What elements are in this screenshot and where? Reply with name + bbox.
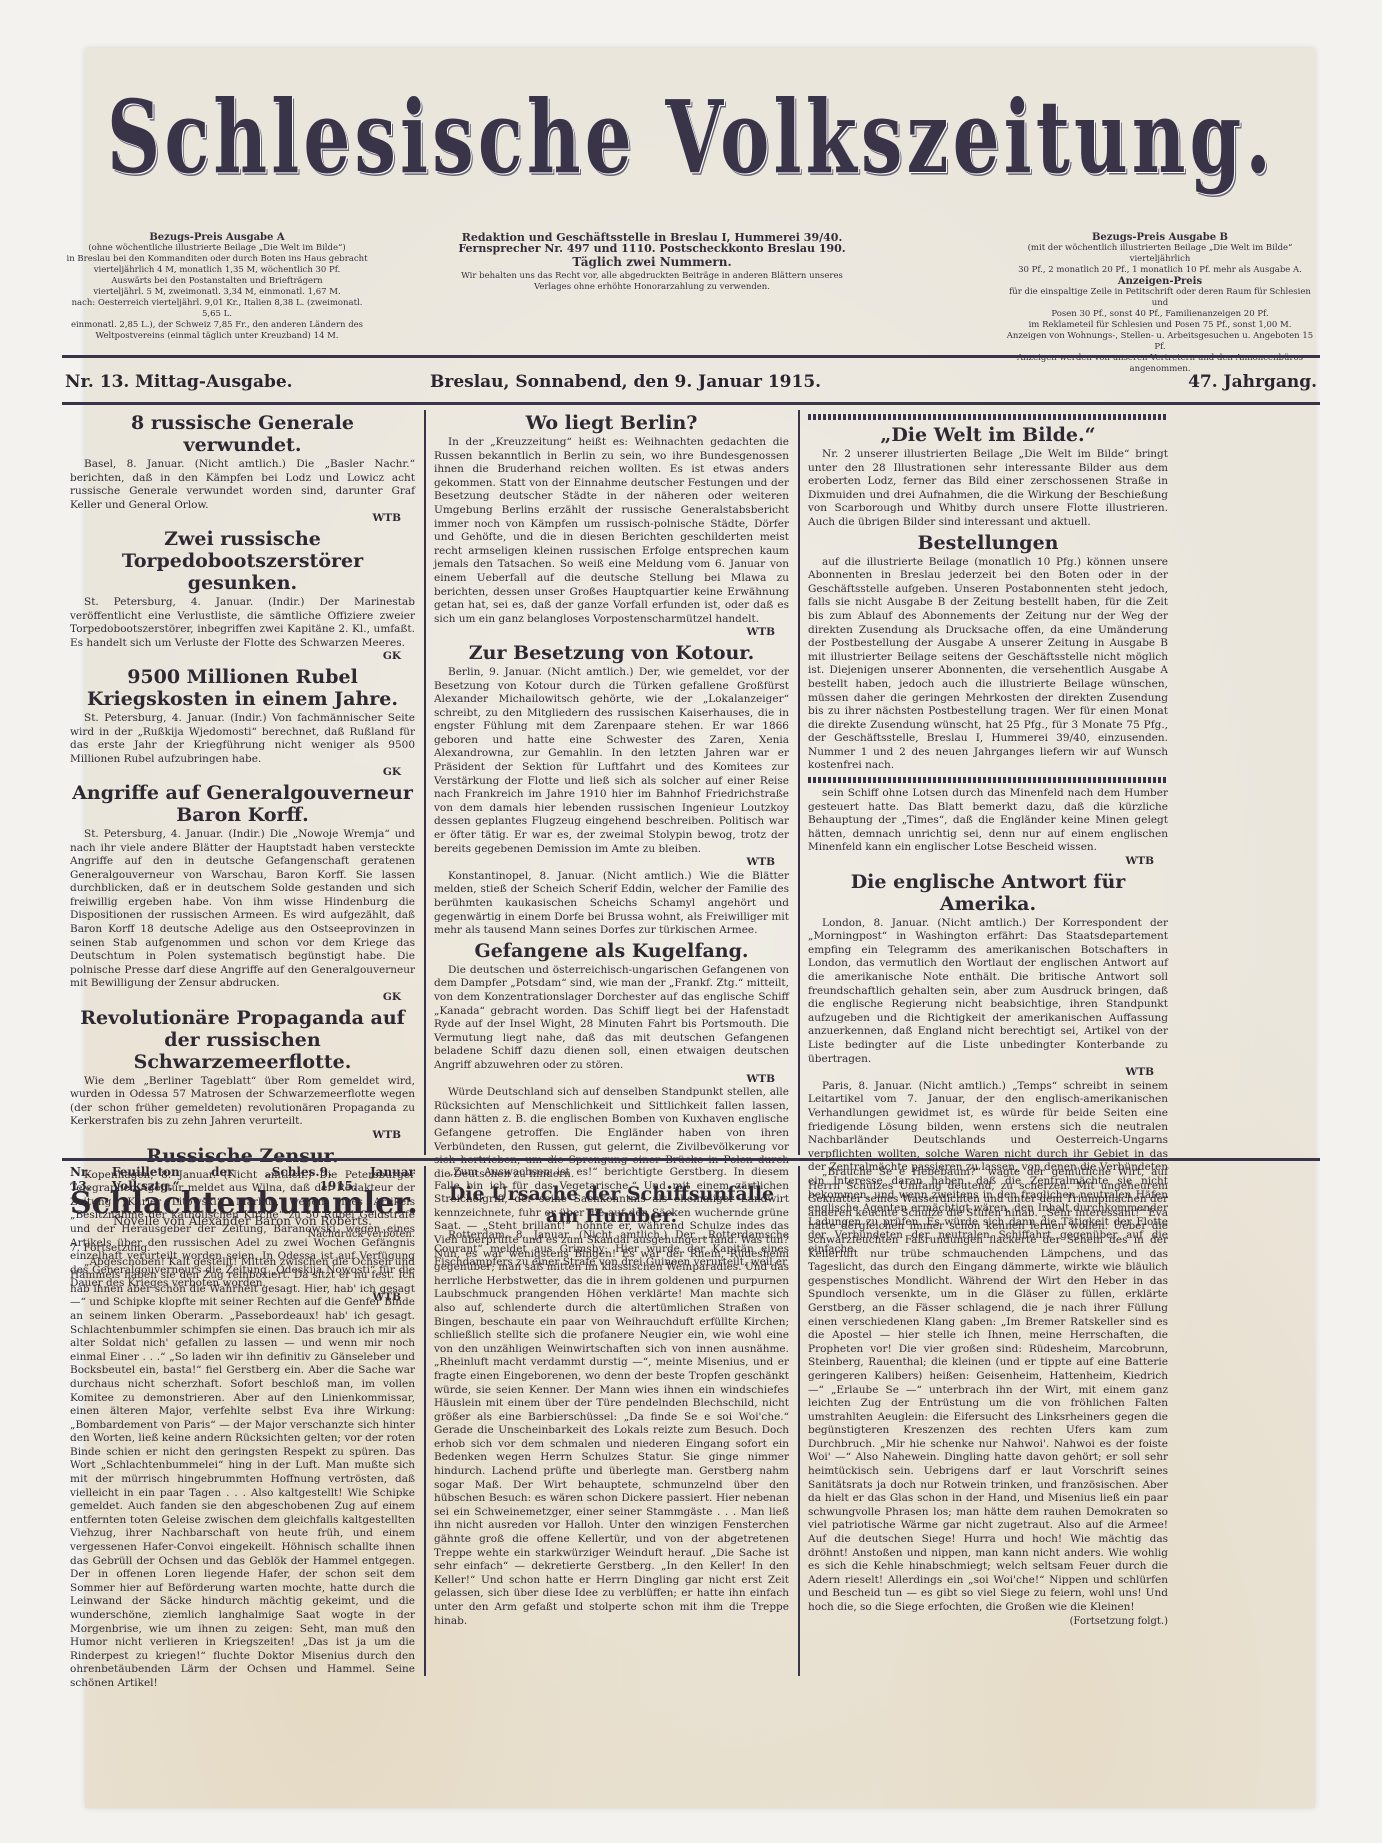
agency-signature: GK bbox=[70, 766, 401, 780]
ornamental-divider bbox=[808, 777, 1168, 783]
story-byline: Novelle von Alexander Baron von Roberts. bbox=[70, 1215, 415, 1229]
column-3: „Die Welt im Bilde.“Nr. 2 unserer illust… bbox=[808, 410, 1168, 1256]
story-text: „Zum Auswachsen ist es!“ berichtigte Ger… bbox=[434, 1166, 789, 1628]
agency-signature: WTB bbox=[434, 626, 775, 640]
article-text: Nr. 2 unserer illustrierten Beilage „Die… bbox=[808, 448, 1168, 530]
article-headline: Russische Zensur. bbox=[70, 1145, 415, 1167]
agency-signature: GK bbox=[70, 991, 401, 1005]
masthead: Schlesische Volkszeitung. bbox=[0, 95, 1382, 181]
news-section: 8 russische Generale verwundet.Basel, 8.… bbox=[62, 410, 1320, 1155]
story-text: „Brauche Se e Hebebaum?“ wagte der gemüt… bbox=[808, 1166, 1168, 1615]
ornamental-divider bbox=[808, 414, 1168, 420]
story-title: Schlachtenbummler. bbox=[70, 1197, 415, 1211]
column-2: Wo liegt Berlin?In der „Kreuzzeitung“ he… bbox=[434, 410, 789, 1270]
column-rule bbox=[798, 1166, 800, 1676]
daily-issues-note: Täglich zwei Nummern. bbox=[457, 257, 847, 268]
volume: 47. Jahrgang. bbox=[1188, 372, 1317, 392]
article-text: Berlin, 9. Januar. (Nicht amtlich.) Der,… bbox=[434, 666, 789, 856]
agency-signature: WTB bbox=[434, 1073, 775, 1087]
agency-signature: WTB bbox=[808, 855, 1154, 869]
article-text: Wie dem „Berliner Tageblatt“ über Rom ge… bbox=[70, 1075, 415, 1129]
agency-signature: WTB bbox=[70, 1129, 401, 1143]
edition: Mittag-Ausgabe. bbox=[135, 372, 293, 392]
agency-signature: GK bbox=[70, 650, 401, 664]
article-text: Basel, 8. Januar. (Nicht amtlich.) Die „… bbox=[70, 458, 415, 512]
story-text: „Abgeschoben! Kalt gestellt! Mitten zwis… bbox=[70, 1256, 415, 1691]
divider bbox=[62, 402, 1320, 405]
article-text: Konstantinopel, 8. Januar. (Nicht amtlic… bbox=[434, 870, 789, 938]
article-text: auf die illustrierte Beilage (monatlich … bbox=[808, 556, 1168, 774]
article-text: sein Schiff ohne Lotsen durch das Minenf… bbox=[808, 787, 1168, 855]
article-headline: Angriffe auf Generalgouverneur Baron Kor… bbox=[70, 782, 415, 826]
issue-number: Nr. 13. bbox=[65, 372, 129, 392]
article-text: Die deutschen und österreichisch-ungaris… bbox=[434, 964, 789, 1073]
installment: 7. Fortsetzung. bbox=[70, 1242, 415, 1256]
article-headline: Zwei russische Torpedobootszerstörer ges… bbox=[70, 528, 415, 594]
feuilleton-column-2: „Zum Auswachsen ist es!“ berichtigte Ger… bbox=[434, 1166, 789, 1628]
article-headline: 8 russische Generale verwundet. bbox=[70, 412, 415, 456]
reprint-notice: Nachdruck verboten. bbox=[70, 1228, 415, 1242]
divider bbox=[62, 355, 1320, 358]
column-rule bbox=[424, 1166, 426, 1676]
newspaper-title: Schlesische Volkszeitung. bbox=[107, 80, 1275, 196]
article-headline: Gefangene als Kugelfang. bbox=[434, 940, 789, 962]
article-text: St. Petersburg, 4. Januar. (Indir.) Von … bbox=[70, 712, 415, 766]
agency-signature: WTB bbox=[70, 512, 401, 526]
article-headline: 9500 Millionen Rubel Kriegskosten in ein… bbox=[70, 666, 415, 710]
article-headline: Zur Besetzung von Kotour. bbox=[434, 642, 789, 664]
agency-signature: WTB bbox=[434, 856, 775, 870]
column-rule bbox=[424, 410, 426, 1155]
column-rule bbox=[798, 410, 800, 1155]
divider bbox=[62, 1158, 1320, 1161]
feuilleton-column-1: Nr. 13. Feuilleton der „Schles. Volksztg… bbox=[70, 1166, 415, 1691]
article-text: London, 8. Januar. (Nicht amtlich.) Der … bbox=[808, 917, 1168, 1067]
article-headline: Wo liegt Berlin? bbox=[434, 412, 789, 434]
editorial-office-info: Redaktion und Geschäftsstelle in Breslau… bbox=[457, 232, 847, 293]
subscription-price-a: Bezugs-Preis Ausgabe A (ohne wöchentlich… bbox=[62, 232, 372, 342]
feuilleton-section: Nr. 13. Feuilleton der „Schles. Volksztg… bbox=[62, 1166, 1320, 1686]
dateline: Nr. 13. Mittag-Ausgabe. Breslau, Sonnabe… bbox=[65, 368, 1317, 398]
article-headline: Bestellungen bbox=[808, 532, 1168, 554]
place-date: Breslau, Sonnabend, den 9. Januar 1915. bbox=[430, 372, 821, 392]
subscription-price-b: Bezugs-Preis Ausgabe B (mit der wöchentl… bbox=[1000, 232, 1320, 375]
continued-note: (Fortsetzung folgt.) bbox=[808, 1615, 1168, 1629]
article-text: St. Petersburg, 4. Januar. (Indir.) Die … bbox=[70, 828, 415, 991]
agency-signature: WTB bbox=[808, 1066, 1154, 1080]
article-text: In der „Kreuzzeitung“ heißt es: Weihnach… bbox=[434, 436, 789, 626]
masthead-info: Bezugs-Preis Ausgabe A (ohne wöchentlich… bbox=[62, 232, 1320, 362]
article-headline: „Die Welt im Bilde.“ bbox=[808, 424, 1168, 446]
feuilleton-column-3: „Brauche Se e Hebebaum?“ wagte der gemüt… bbox=[808, 1166, 1168, 1628]
article-text: St. Petersburg, 4. Januar. (Indir.) Der … bbox=[70, 596, 415, 650]
article-headline: Revolutionäre Propaganda auf der russisc… bbox=[70, 1007, 415, 1073]
article-headline: Die englische Antwort für Amerika. bbox=[808, 871, 1168, 915]
